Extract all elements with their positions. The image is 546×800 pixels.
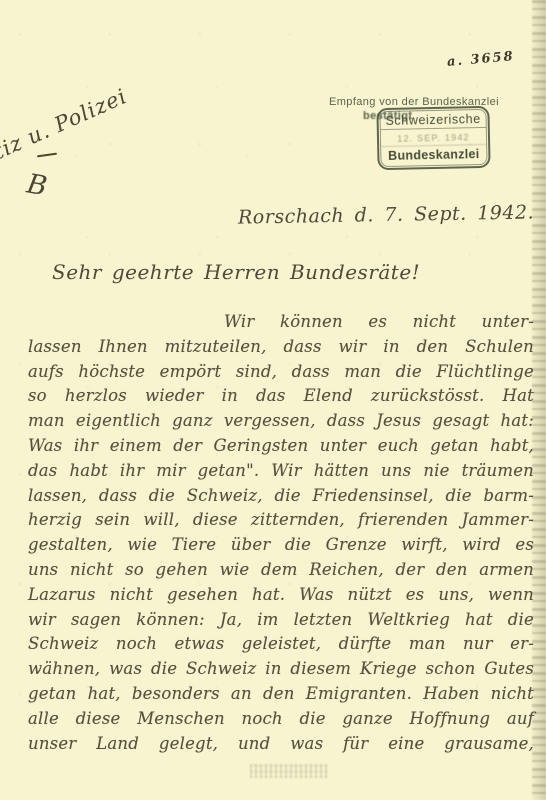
- letter-body-line: lassen Ihnen mitzuteilen, dass wir in de…: [28, 335, 534, 360]
- letter-dateline: Rorschach d. 7. Sept. 1942.: [238, 201, 534, 228]
- letter-salutation: Sehr geehrte Herren Bundesräte!: [52, 260, 420, 284]
- paper-edge-shadow: [532, 0, 546, 800]
- faint-stamp-residue: [250, 764, 328, 778]
- stamp-inner-frame: Schweizerische 12. SEP. 1942 Bundeskanzl…: [379, 109, 487, 167]
- bundeskanzlei-date-stamp: Schweizerische 12. SEP. 1942 Bundeskanzl…: [376, 106, 490, 170]
- stamp-text-schweizerische: Schweizerische: [380, 110, 485, 130]
- letter-body-line: wir sagen können: Ja, im letzten Weltkri…: [28, 608, 534, 633]
- letter-body-line: lassen, dass die Schweiz, die Friedensin…: [28, 484, 534, 509]
- stamp-text-bundeskanzlei: Bundeskanzlei: [381, 146, 486, 166]
- margin-monogram-mark: B: [24, 169, 49, 203]
- letter-body-line: gestalten, wie Tiere über die Grenze wir…: [28, 533, 534, 558]
- letter-body-line: Was ihr einem der Geringsten unter euch …: [28, 434, 534, 459]
- letter-body-line: aufs höchste empört sind, dass man die F…: [28, 360, 534, 385]
- letter-body-line: so herzlos wieder in das Elend zurückstö…: [28, 384, 534, 409]
- stamp-date: 12. SEP. 1942: [381, 129, 486, 146]
- letter-body-line: das habt ihr mir getan". Wir hätten uns …: [28, 459, 534, 484]
- letter-body-line: Wir können es nicht unter-: [224, 310, 534, 335]
- letter-body-line: Lazarus nicht gesehen hat. Was nützt es …: [28, 583, 534, 608]
- letter-body-line: getan hat, besonders an den Emigranten. …: [28, 682, 534, 707]
- handwritten-reference-number: a. 3658: [446, 49, 515, 70]
- letter-body-line: alle diese Menschen noch die ganze Hoffn…: [28, 707, 534, 732]
- letter-body-line: uns nicht so gehen wie dem Reichen, der …: [28, 558, 534, 583]
- letter-body-line: unser Land gelegt, und was für eine grau…: [28, 732, 534, 757]
- letter-body-line: wähnen, was die Schweiz in diesem Kriege…: [28, 657, 534, 682]
- letter-body: Wir können es nicht unter-lassen Ihnen m…: [28, 310, 534, 756]
- margin-note-justiz-polizei: stiz u. Polizei: [0, 84, 131, 169]
- scanned-letter-page: a. 3658 stiz u. Polizei B Empfang von de…: [0, 0, 546, 800]
- letter-body-line: man eigentlich ganz vergessen, dass Jesu…: [28, 409, 534, 434]
- letter-body-line: herzig sein will, diese zitternden, frie…: [28, 508, 534, 533]
- letter-body-line: Schweiz noch etwas geleistet, dürfte man…: [28, 632, 534, 657]
- margin-underline-mark: [37, 153, 57, 158]
